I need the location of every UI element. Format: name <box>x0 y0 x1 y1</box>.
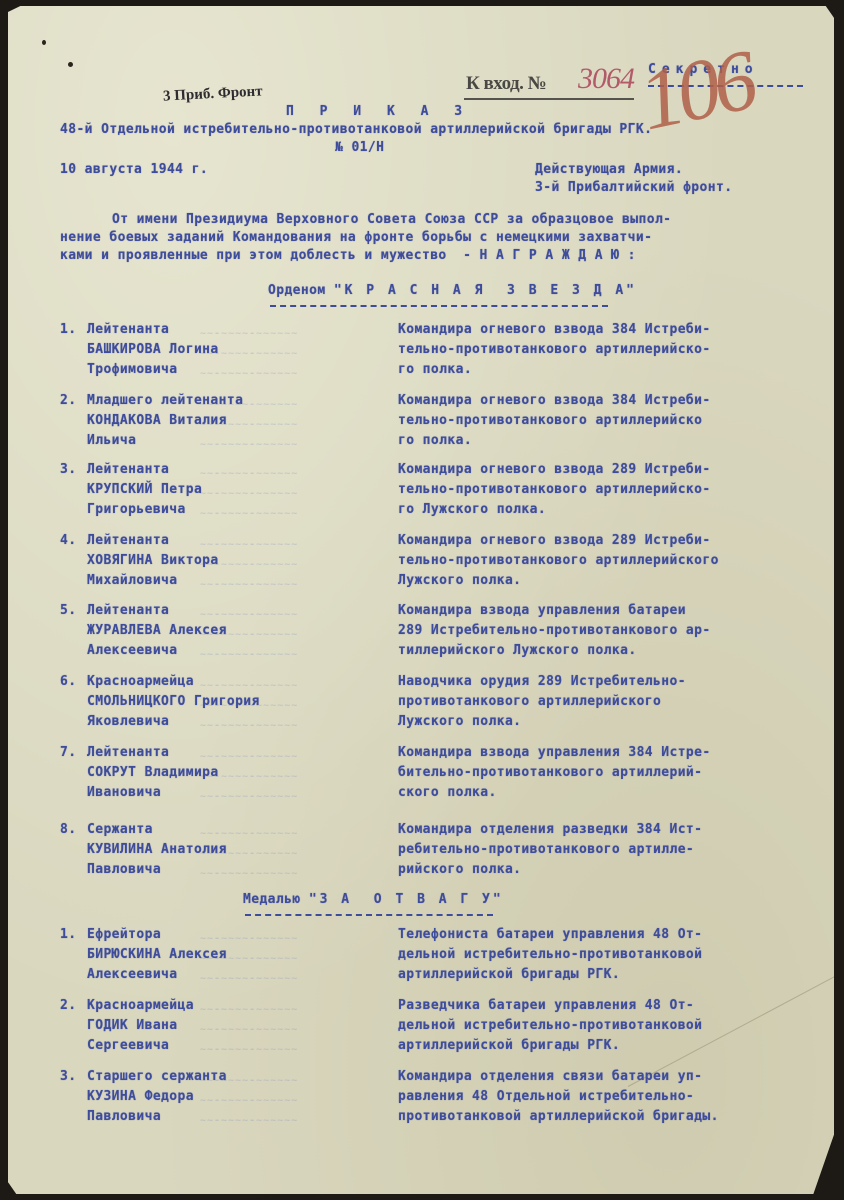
recipient-position-line: Командира огневого взвода 384 Истреби- <box>398 320 711 340</box>
recipient-name-line: Михайловича <box>87 571 178 591</box>
recipient-position-line: тельно-противотанкового артиллерийско <box>398 411 702 431</box>
recipient-name-line: Сержанта <box>87 820 153 840</box>
recipient-name-line: Сергеевича <box>87 1036 169 1056</box>
recipient-position-line: дельной истребительно-противотанковой <box>398 945 702 965</box>
bleed-through-mark: ~~-~~~~-~~~~~~ <box>200 828 298 839</box>
recipient-position-line: го полка. <box>398 360 472 380</box>
recipient-name-line: Лейтенанта <box>87 601 169 621</box>
recipient-position-line: 289 Истребительно-противотанкового ар- <box>398 621 711 641</box>
bleed-through-mark: ~~-~~~~-~~~~~~ <box>200 539 298 550</box>
recipient-name-line: Старшего сержанта <box>87 1067 227 1087</box>
order-date: 10 августа 1944 г. <box>60 160 208 180</box>
recipient-name-line: ГОДИК Ивана <box>87 1016 178 1036</box>
recipient-position-line: Командира огневого взвода 384 Истреби- <box>398 391 711 411</box>
recipient-position-line: Командира взвода управления батареи <box>398 601 686 621</box>
recipient-position-line: ского полка. <box>398 783 497 803</box>
recipient-position-line: Командира взвода управления 384 Истре- <box>398 743 711 763</box>
award-entry-number: 7. <box>60 743 76 763</box>
unit-name: 48-й Отдельной истребительно-противотанк… <box>60 120 652 140</box>
bleed-through-mark: ~~-~~~~-~~~~~~ <box>200 1024 298 1035</box>
recipient-name-line: Ефрейтора <box>87 925 161 945</box>
section-underline <box>245 914 493 916</box>
recipient-position-line: противотанковой артиллерийской бригады. <box>398 1107 719 1127</box>
recipient-name-line: Красноармейца <box>87 672 194 692</box>
bleed-through-mark: ~~-~~~~-~~~~~~ <box>200 1115 298 1126</box>
recipient-position-line: Командира огневого взвода 289 Истреби- <box>398 460 711 480</box>
recipient-position-line: Командира отделения разведки 384 Ист- <box>398 820 702 840</box>
recipient-name-line: ЖУРАВЛЕВА Алексея <box>87 621 227 641</box>
award-entry-number: 3. <box>60 460 76 480</box>
recipient-name-line: Алексеевича <box>87 965 178 985</box>
award-entry-number: 8. <box>60 820 76 840</box>
bleed-through-mark: ~~-~~~~-~~~~~~ <box>200 579 298 590</box>
bleed-through-mark: ~~-~~~~-~~~~~~ <box>200 368 298 379</box>
bleed-through-mark: ~~-~~~~-~~~~~~ <box>200 508 298 519</box>
bleed-through-mark: ~~-~~~~-~~~~~~ <box>200 1004 298 1015</box>
recipient-name-line: Яковлевича <box>87 712 169 732</box>
preamble-line: От имени Президиума Верховного Совета Со… <box>112 210 671 230</box>
bleed-through-mark: ~~-~~~~-~~~~~~ <box>200 680 298 691</box>
recipient-name-line: КУВИЛИНА Анатолия <box>87 840 227 860</box>
recipient-position-line: артиллерийской бригады РГК. <box>398 965 620 985</box>
recipient-position-line: Разведчика батареи управления 48 От- <box>398 996 694 1016</box>
bleed-through-mark: ~~-~~~~-~~~~~~ <box>200 720 298 731</box>
recipient-position-line: равления 48 Отдельной истребительно- <box>398 1087 694 1107</box>
recipient-position-line: ребительно-противотанкового артилле- <box>398 840 694 860</box>
incoming-number: 3064 <box>578 62 634 96</box>
recipient-name-line: Ивановича <box>87 783 161 803</box>
bleed-through-mark: ~~-~~~~-~~~~~~ <box>200 868 298 879</box>
recipient-position-line: Телефониста батареи управления 48 От- <box>398 925 702 945</box>
bleed-through-mark: ~~-~~~~-~~~~~~ <box>200 649 298 660</box>
incoming-stamp-label: К вход. № <box>466 73 546 95</box>
section-underline <box>270 305 608 307</box>
award-entry-number: 2. <box>60 996 76 1016</box>
award-entry-number: 2. <box>60 391 76 411</box>
award-entry-number: 1. <box>60 925 76 945</box>
recipient-position-line: Лужского полка. <box>398 571 521 591</box>
section-heading-prefix: Орденом <box>268 283 334 298</box>
recipient-position-line: тельно-противотанкового артиллерийско- <box>398 340 711 360</box>
recipient-name-line: ХОВЯГИНА Виктора <box>87 551 219 571</box>
section-heading-title: "З А О Т В А Г У" <box>309 892 504 907</box>
recipient-name-line: Алексеевича <box>87 641 178 661</box>
recipient-position-line: го Лужского полка. <box>398 500 546 520</box>
recipient-position-line: тельно-противотанкового артиллерийского <box>398 551 719 571</box>
recipient-name-line: Павловича <box>87 1107 161 1127</box>
recipient-name-line: КОНДАКОВА Виталия <box>87 411 227 431</box>
award-entry-number: 6. <box>60 672 76 692</box>
section-heading: Медалью "З А О Т В А Г У" <box>243 890 504 910</box>
paper-spot <box>42 40 46 45</box>
bleed-through-mark: ~~-~~~~-~~~~~~ <box>200 328 298 339</box>
bleed-through-mark: ~~-~~~~-~~~~~~ <box>200 1095 298 1106</box>
recipient-position-line: Командира огневого взвода 289 Истреби- <box>398 531 711 551</box>
bleed-through-mark: ~~-~~~~-~~~~~~ <box>200 468 298 479</box>
paper-spot <box>68 62 73 67</box>
incoming-stamp-underline <box>464 98 634 100</box>
recipient-name-line: Лейтенанта <box>87 743 169 763</box>
bleed-through-mark: ~~-~~~~-~~~~~~ <box>200 791 298 802</box>
bleed-through-mark: ~~-~~~~-~~~~~~ <box>200 973 298 984</box>
recipient-position-line: тиллерийского Лужского полка. <box>398 641 637 661</box>
section-heading: Орденом "К Р А С Н А Я З В Е З Д А" <box>268 281 637 301</box>
recipient-name-line: Лейтенанта <box>87 320 169 340</box>
bleed-through-mark: ~~-~~~~-~~~~~~ <box>200 933 298 944</box>
recipient-position-line: дельной истребительно-противотанковой <box>398 1016 702 1036</box>
recipient-name-line: Григорьевича <box>87 500 186 520</box>
front-label: 3-й Прибалтийский фронт. <box>535 178 732 198</box>
recipient-name-line: Младшего лейтенанта <box>87 391 243 411</box>
bleed-through-mark: ~~-~~~~-~~~~~~ <box>200 439 298 450</box>
award-entry-number: 4. <box>60 531 76 551</box>
recipient-position-line: го полка. <box>398 431 472 451</box>
bleed-through-mark: ~~-~~~~-~~~~~~ <box>200 751 298 762</box>
bleed-through-mark: ~~-~~~~-~~~~~~ <box>200 488 298 499</box>
recipient-name-line: Трофимовича <box>87 360 178 380</box>
recipient-position-line: противотанкового артиллерийского <box>398 692 661 712</box>
order-title: П Р И К А З <box>286 102 471 122</box>
recipient-name-line: БИРЮСКИНА Алексея <box>87 945 227 965</box>
recipient-name-line: БАШКИРОВА Логина <box>87 340 219 360</box>
recipient-name-line: Красноармейца <box>87 996 194 1016</box>
recipient-position-line: тельно-противотанкового артиллерийско- <box>398 480 711 500</box>
bleed-through-mark: ~~-~~~~-~~~~~~ <box>200 609 298 620</box>
recipient-name-line: КУЗИНА Федора <box>87 1087 194 1107</box>
army-label: Действующая Армия. <box>535 160 683 180</box>
preamble-line: нение боевых заданий Командования на фро… <box>60 228 652 248</box>
bleed-through-mark: ~~-~~~~-~~~~~~ <box>200 1044 298 1055</box>
award-entry-number: 5. <box>60 601 76 621</box>
section-heading-title: "К Р А С Н А Я З В Е З Д А" <box>334 283 637 298</box>
recipient-position-line: рийского полка. <box>398 860 521 880</box>
recipient-name-line: СМОЛЬНИЦКОГО Григория <box>87 692 260 712</box>
recipient-position-line: бительно-противотанкового артиллерий- <box>398 763 702 783</box>
recipient-position-line: Командира отделения связи батареи уп- <box>398 1067 702 1087</box>
recipient-name-line: Павловича <box>87 860 161 880</box>
recipient-name-line: Ильича <box>87 431 136 451</box>
recipient-position-line: Лужского полка. <box>398 712 521 732</box>
award-entry-number: 3. <box>60 1067 76 1087</box>
recipient-position-line: артиллерийской бригады РГК. <box>398 1036 620 1056</box>
order-number: № 01/Н <box>335 138 384 158</box>
section-heading-prefix: Медалью <box>243 892 309 907</box>
recipient-name-line: Лейтенанта <box>87 460 169 480</box>
recipient-name-line: СОКРУТ Владимира <box>87 763 219 783</box>
recipient-name-line: КРУПСКИЙ Петра <box>87 480 202 500</box>
recipient-position-line: Наводчика орудия 289 Истребительно- <box>398 672 686 692</box>
preamble-line: ками и проявленные при этом доблесть и м… <box>60 246 636 266</box>
award-entry-number: 1. <box>60 320 76 340</box>
recipient-name-line: Лейтенанта <box>87 531 169 551</box>
